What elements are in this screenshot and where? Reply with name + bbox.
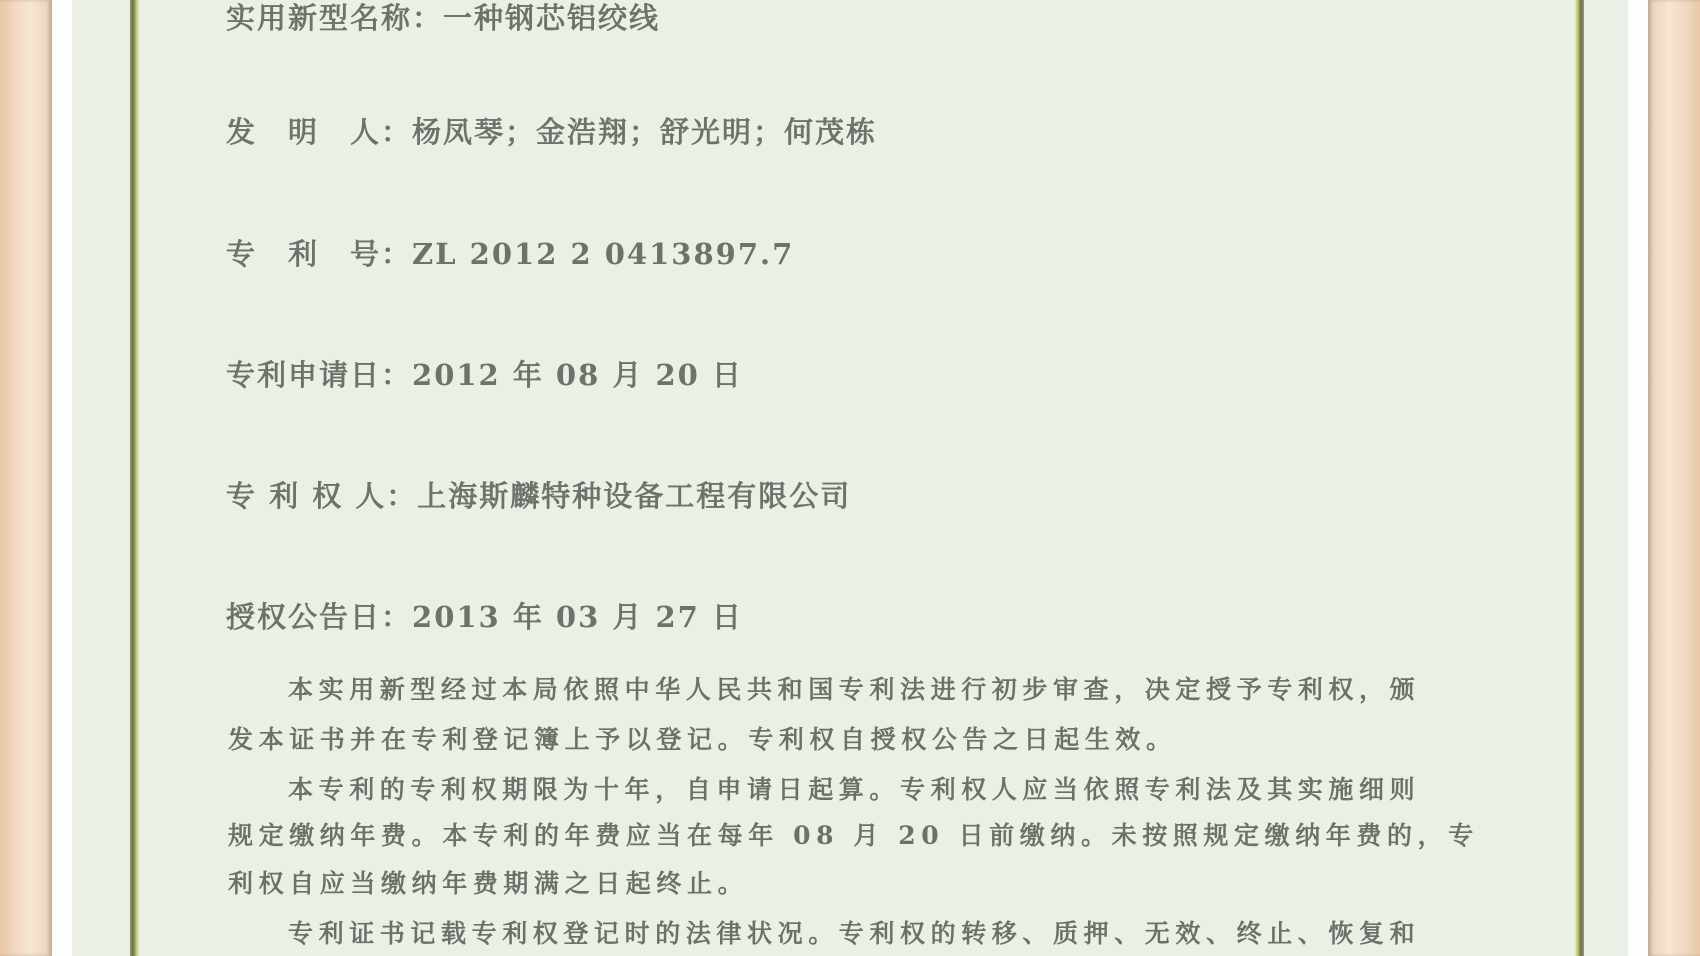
- field-grant-date: 授权公告日：2013 年 03 月 27 日: [226, 595, 743, 636]
- field-label: 专利申请日：: [226, 353, 412, 394]
- field-label: 专 利 权 人：: [226, 474, 417, 515]
- paragraph-line: 本专利的专利权期限为十年，自申请日起算。专利权人应当依照专利法及其实施细则: [228, 770, 1516, 806]
- frame-mat-right: [1628, 0, 1648, 956]
- field-value: 上海斯麟特种设备工程有限公司: [417, 479, 851, 513]
- field-label: 授权公告日：: [226, 595, 412, 636]
- paragraph-line: 专利证书记载专利权登记时的法律状况。专利权的转移、质押、无效、终止、恢复和: [228, 914, 1516, 950]
- field-value: 一种钢芯铝绞线: [443, 1, 660, 35]
- field-value: 2012 年 08 月 20 日: [412, 358, 743, 392]
- paragraph-line: 本实用新型经过本局依照中华人民共和国专利法进行初步审查，决定授予专利权，颁: [228, 670, 1516, 706]
- certificate-border-left: [130, 0, 140, 956]
- paragraph-line: 利权自应当缴纳年费期满之日起终止。: [228, 864, 1456, 900]
- field-label: 专 利 号：: [226, 232, 412, 273]
- frame-mat-left: [52, 0, 72, 956]
- certificate-border-right: [1574, 0, 1584, 956]
- field-value: ZL 2012 2 0413897.7: [412, 237, 794, 271]
- field-value: 2013 年 03 月 27 日: [412, 600, 743, 634]
- paragraph-line: 规定缴纳年费。本专利的年费应当在每年 08 月 20 日前缴纳。未按照规定缴纳年…: [228, 816, 1456, 852]
- field-patent-number: 专 利 号：ZL 2012 2 0413897.7: [226, 232, 794, 273]
- field-inventors: 发 明 人：杨凤琴；金浩翔；舒光明；何茂栋: [226, 110, 877, 151]
- field-value: 杨凤琴；金浩翔；舒光明；何茂栋: [412, 115, 877, 149]
- field-patentee: 专 利 权 人：上海斯麟特种设备工程有限公司: [226, 474, 851, 515]
- picture-frame-right: [1648, 0, 1700, 956]
- field-label: 实用新型名称：: [226, 0, 443, 37]
- field-label: 发 明 人：: [226, 110, 412, 151]
- paragraph-line: 发本证书并在专利登记簿上予以登记。专利权自授权公告之日起生效。: [228, 720, 1456, 756]
- picture-frame-left: [0, 0, 52, 956]
- field-application-date: 专利申请日：2012 年 08 月 20 日: [226, 353, 743, 394]
- field-utility-model-name: 实用新型名称：一种钢芯铝绞线: [226, 0, 660, 37]
